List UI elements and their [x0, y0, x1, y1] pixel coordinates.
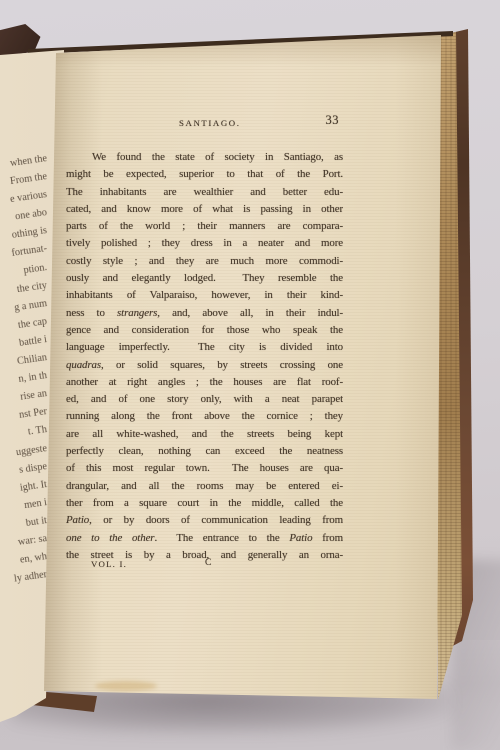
book-photo: when theFrom thee variousone aboothing i…: [0, 0, 500, 750]
body-line: cated, and know more of what is passing …: [66, 201, 343, 218]
body-line: The inhabitants are wealthier and better…: [66, 184, 343, 201]
body-line: gence and consideration for those who sp…: [66, 322, 343, 339]
body-line: ness to strangers, and, above all, in th…: [66, 305, 343, 322]
body-line: tively polished ; they dress in a neater…: [66, 235, 343, 252]
body-line: drangular, and all the rooms may be ente…: [66, 478, 343, 495]
signature-mark: C: [205, 558, 211, 568]
left-page-text: when theFrom thee variousone aboothing i…: [0, 150, 47, 584]
body-line: might be expected, superior to that of t…: [66, 166, 343, 183]
body-line: Patio, or by doors of communication lead…: [66, 512, 343, 529]
body-line: are all white-washed, and the streets be…: [66, 426, 343, 443]
body-line: one to the other. The entrance to the Pa…: [66, 530, 343, 547]
body-text: We found the state of society in Santiag…: [66, 149, 343, 564]
body-line: language imperfectly. The city is divide…: [66, 339, 343, 356]
body-line: of this most regular town. The houses ar…: [66, 460, 343, 477]
body-line: We found the state of society in Santiag…: [66, 149, 343, 166]
body-line: costly style ; and they are much more co…: [66, 253, 343, 270]
body-line: quadras, or solid squares, by streets cr…: [66, 357, 343, 374]
body-line: parts of the world ; their manners are c…: [66, 218, 343, 235]
body-line: ed, and of one story only, with a neat p…: [66, 391, 343, 408]
body-line: perfectly clean, nothing can exceed the …: [66, 443, 343, 460]
page-stain: [95, 681, 157, 691]
page-number: 33: [326, 113, 340, 128]
right-page: SANTIAGO. 33 We found the state of socie…: [0, 0, 500, 750]
running-header: SANTIAGO.: [179, 118, 241, 128]
body-line: ther from a square court in the middle, …: [66, 495, 343, 512]
volume-label: VOL. I.: [91, 559, 127, 569]
body-line: ously and elegantly lodged. They resembl…: [66, 270, 343, 287]
body-line: inhabitants of Valparaiso, however, in t…: [66, 287, 343, 304]
body-line: another at right angles ; the houses are…: [66, 374, 343, 391]
body-line: running along the front above the cornic…: [66, 408, 343, 425]
